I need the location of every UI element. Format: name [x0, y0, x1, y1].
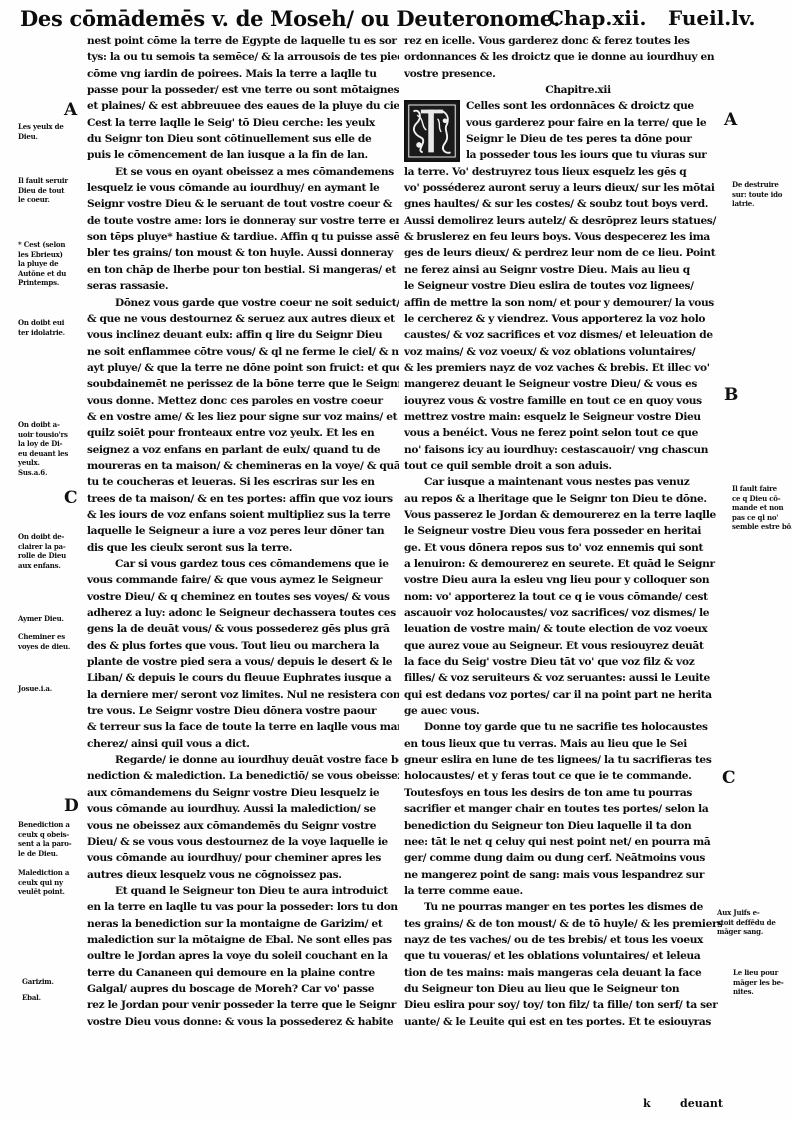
text-line: et plaines/ & est abbreuuee des eaues de… — [87, 98, 399, 114]
text-line: mettrez vostre main: esquelz le Seigneur… — [404, 409, 722, 425]
section-letter-c: C — [64, 488, 78, 508]
paragraph-start: Car iusque a maintenant vous nestes pas … — [404, 474, 722, 490]
margin-note: Il fault seruir Dieu de tout le coeur. — [18, 176, 68, 205]
text-line: quilz soiēt pour fronteaux entre voz yeu… — [87, 425, 399, 441]
text-line: de toute vostre ame: lors ie donneray su… — [87, 213, 399, 229]
text-line: tu te coucheras et leueras. Si les escri… — [87, 474, 399, 490]
margin-note: * Cest (selon les Ebrieux) la pluye de A… — [18, 240, 66, 288]
text-line: ayt pluye/ & que la terre ne dōne point … — [87, 360, 399, 376]
text-line: plante de vostre pied sera a vous/ depui… — [87, 654, 399, 670]
text-line: seras rassasie. — [87, 278, 399, 294]
text-line: tion de tes mains: mais mangeras cela de… — [404, 965, 722, 981]
margin-note: Il fault faire ce q Dieu cō- mande et no… — [732, 484, 792, 532]
section-letter-a: A — [64, 100, 77, 120]
text-line: autres dieux lesquelz vous ne cōgnoissez… — [87, 867, 399, 883]
text-line: ne ferez ainsi au Seignr vostre Dieu. Ma… — [404, 262, 722, 278]
text-line: ne mangerez point de sang: mais vous les… — [404, 867, 722, 883]
text-line: son tēps pluye* hastiue & tardiue. Affin… — [87, 229, 399, 245]
text-line: & les premiers nayz de voz vaches & breb… — [404, 360, 722, 376]
text-line: caustes/ & voz sacrifices et voz dismes/… — [404, 327, 722, 343]
folio-number: Fueil.lv. — [668, 6, 755, 30]
text-line: ascauoir voz holocaustes/ voz sacrifices… — [404, 605, 722, 621]
text-line: voz mains/ & voz voeux/ & voz oblations … — [404, 344, 722, 360]
margin-note: Benediction a ceulx q obeis- sent a la p… — [18, 820, 71, 858]
text-line: du Seigneur ton Dieu au lieu que le Seig… — [404, 981, 722, 997]
margin-note: Aux Juifs e- stoit deffēdu de māger sang… — [717, 908, 776, 937]
section-letter-c: C — [722, 768, 736, 788]
text-line: soubdainemēt ne perissez de la bōne terr… — [87, 376, 399, 392]
text-line: vous cōmande au iourdhuy/ pour cheminer … — [87, 850, 399, 866]
margin-note: Garizim. Ebal. — [22, 974, 54, 1006]
right-text-column: rez en icelle. Vous garderez donc & fere… — [404, 33, 722, 1030]
text-line: uante/ & le Leuite qui est en tes portes… — [404, 1014, 722, 1030]
text-line: en ton chāp de lherbe pour ton bestial. … — [87, 262, 399, 278]
text-line: ges de leurs dieux/ & perdrez leur nom d… — [404, 245, 722, 261]
paragraph-start: Car si vous gardez tous ces cōmandemens … — [87, 556, 399, 572]
text-line: & que ne vous destournez & seruez aux au… — [87, 311, 399, 327]
running-head: Des cōmādemēs v. de Moseh/ ou Deuteronom… — [20, 4, 780, 34]
text-line: puis le cōmencement de lan iusque a la f… — [87, 147, 399, 163]
margin-note: Le lieu pour māger les be- nites. — [733, 968, 784, 997]
left-text-column: nest point cōme la terre de Egypte de la… — [87, 33, 399, 1030]
paragraph-start: Et quand le Seigneur ton Dieu te aura in… — [87, 883, 399, 899]
text-line: que tu voueras/ et les oblations volunta… — [404, 948, 722, 964]
text-line: Dieu eslira pour soy/ toy/ ton filz/ ta … — [404, 997, 722, 1013]
text-line: la terre. Vo' destruyrez tous lieux esqu… — [404, 164, 722, 180]
decorated-initial-icon — [404, 100, 460, 162]
text-line: nest point cōme la terre de Egypte de la… — [87, 33, 399, 49]
section-letter-b: B — [724, 385, 738, 405]
text-line: & les iours de voz enfans soient multipl… — [87, 507, 399, 523]
text-line: la face du Seig' vostre Dieu tāt vo' que… — [404, 654, 722, 670]
text-line: vostre Dieu/ & q cheminez en toutes ses … — [87, 589, 399, 605]
text-line: ge auec vous. — [404, 703, 722, 719]
text-line: laquelle le Seigneur a iure a voz peres … — [87, 523, 399, 539]
text-line: gneur eslira en lune de tes lignees/ la … — [404, 752, 722, 768]
text-line: & terreur sus la face de toute la terre … — [87, 719, 399, 735]
text-line: nediction & malediction. La benedictiō/ … — [87, 768, 399, 784]
text-line: a lenuiron: & demourerez en seurete. Et … — [404, 556, 722, 572]
text-line: la derniere mer/ seront voz limites. Nul… — [87, 687, 399, 703]
chapter-heading: Chapitre.xii — [404, 82, 722, 98]
paragraph-start: Regarde/ ie donne au iourdhuy deuāt vost… — [87, 752, 399, 768]
text-line: Galgal/ aupres du boscage de Moreh? Car … — [87, 981, 399, 997]
paragraph-start: Donne toy garde que tu ne sacrifie tes h… — [404, 719, 722, 735]
text-line: vostre presence. — [404, 66, 722, 82]
text-line: ger/ comme dung daim ou dung cerf. Neātm… — [404, 850, 722, 866]
text-line: tys: la ou tu semois ta semēce/ & la arr… — [87, 49, 399, 65]
text-line: Liban/ & depuis le cours du fleuue Euphr… — [87, 670, 399, 686]
text-line: vo' posséderez auront seruy a leurs dieu… — [404, 180, 722, 196]
text-line: la terre comme eaue. — [404, 883, 722, 899]
text-line: vostre Dieu vous donne: & vous la possed… — [87, 1014, 399, 1030]
text-line: vous donne. Mettez donc ces paroles en v… — [87, 393, 399, 409]
text-line: holocaustes/ et y feras tout ce que ie t… — [404, 768, 722, 784]
text-line: vous ne obeissez aux cōmandemēs du Seign… — [87, 818, 399, 834]
text-line: leuation de vostre main/ & toute electio… — [404, 621, 722, 637]
text-line: le Seigneur vostre Dieu eslira de toutes… — [404, 278, 722, 294]
section-letter-d: D — [64, 796, 79, 816]
text-line: rez en icelle. Vous garderez donc & fere… — [404, 33, 722, 49]
text-line: moureras en ta maison/ & chemineras en l… — [87, 458, 399, 474]
text-line: affin de mettre la son nom/ et pour y de… — [404, 295, 722, 311]
margin-note: De destruire sur: toute ido latrie. — [732, 180, 782, 209]
text-line: qui est dedans voz portes/ car il na poi… — [404, 687, 722, 703]
text-line: sacrifier et manger chair en toutes tes … — [404, 801, 722, 817]
margin-note: Les yeulx de Dieu. — [18, 122, 64, 141]
text-line: trees de ta maison/ & en tes portes: aff… — [87, 491, 399, 507]
text-line: ge. Et vous dōnera repos sus to' voz enn… — [404, 540, 722, 556]
text-line: Cest la terre laqlle le Seig' tō Dieu ce… — [87, 115, 399, 131]
paragraph-start: Dōnez vous garde que vostre coeur ne soi… — [87, 295, 399, 311]
text-line: nee: tāt le net q celuy qui nest point n… — [404, 834, 722, 850]
text-line: vostre Dieu aura la esleu vng lieu pour … — [404, 572, 722, 588]
text-line: terre du Cananeen qui demoure en la plai… — [87, 965, 399, 981]
text-line: tes grains/ & de ton moust/ & de tō huyl… — [404, 916, 722, 932]
text-line: cōme vng iardin de poirees. Mais la terr… — [87, 66, 399, 82]
text-line: mangerez deuant le Seigneur vostre Dieu/… — [404, 376, 722, 392]
section-letter-a: A — [724, 110, 737, 130]
text-line: iouyrez vous & vostre famille en tout ce… — [404, 393, 722, 409]
paragraph-start: Et se vous en oyant obeissez a mes cōman… — [87, 164, 399, 180]
text-line: neras la benediction sur la montaigne de… — [87, 916, 399, 932]
text-line: le cercherez & y viendrez. Vous apporter… — [404, 311, 722, 327]
text-line: & bruslerez en feu leurs boys. Vous desp… — [404, 229, 722, 245]
text-line: que aurez voue au Seigneur. Et vous resi… — [404, 638, 722, 654]
text-line: Dieu/ & se vous vous destournez de la vo… — [87, 834, 399, 850]
text-line: malediction sur la mōtaigne de Ebal. Ne … — [87, 932, 399, 948]
text-line: passe pour la posseder/ est vne terre ou… — [87, 82, 399, 98]
text-line: Toutesfoys en tous les desirs de ton ame… — [404, 785, 722, 801]
margin-note: Josue.i.a. — [18, 684, 52, 694]
text-line: bler tes grains/ ton moust & ton huyle. … — [87, 245, 399, 261]
text-line: aux cōmandemens du Seignr vostre Dieu le… — [87, 785, 399, 801]
text-line: tout ce quil semble droit a son aduis. — [404, 458, 722, 474]
text-line: & en vostre ame/ & les liez pour signe s… — [87, 409, 399, 425]
text-line: vous inclinez deuant eulx: affin q lire … — [87, 327, 399, 343]
text-line: tre vous. Le Seignr vostre Dieu dōnera v… — [87, 703, 399, 719]
text-line: vous a benéict. Vous ne ferez point selo… — [404, 425, 722, 441]
text-line: Aussi demolirez leurs autelz/ & desrōpre… — [404, 213, 722, 229]
text-line: vous cōmande au iourdhuy. Aussi la maled… — [87, 801, 399, 817]
text-line: du Seignr ton Dieu sont cōtinuellement s… — [87, 131, 399, 147]
text-line: seignez a voz enfans en parlant de eulx/… — [87, 442, 399, 458]
text-line: le Seigneur vostre Dieu vous fera possed… — [404, 523, 722, 539]
text-line: ordonnances & les droictz que ie donne a… — [404, 49, 722, 65]
margin-note: Cheminer es voyes de dieu. — [18, 632, 70, 651]
text-line: lesquelz ie vous cōmande au iourdhuy/ en… — [87, 180, 399, 196]
margin-note: Malediction a ceulx qui ny veulēt point. — [18, 868, 69, 897]
text-line: dis que les cieulx seront sus la terre. — [87, 540, 399, 556]
text-line: nom: vo' apporterez la tout ce q ie vous… — [404, 589, 722, 605]
margin-note: On doibt eui ter idolatrie. — [18, 318, 65, 337]
text-line: cherez/ ainsi quil vous a dict. — [87, 736, 399, 752]
paragraph-start: Tu ne pourras manger en tes portes les d… — [404, 899, 722, 915]
text-line: Seignr vostre Dieu & le seruant de tout … — [87, 196, 399, 212]
text-line: vous commande faire/ & que vous aymez le… — [87, 572, 399, 588]
margin-note: On doibt de- clairer la pa- rolle de Die… — [18, 532, 66, 570]
signature-mark: k — [643, 1097, 651, 1110]
text-line: au repos & a lheritage que le Seignr ton… — [404, 491, 722, 507]
text-line: ne soit enflammee cōtre vous/ & ql ne fe… — [87, 344, 399, 360]
chapter-number: Chap.xii. — [548, 6, 646, 30]
text-line: nayz de tes vaches/ ou de tes brebis/ et… — [404, 932, 722, 948]
text-line: Vous passerez le Jordan & demourerez en … — [404, 507, 722, 523]
text-line: en la terre en laqlle tu vas pour la pos… — [87, 899, 399, 915]
text-line: adherez a luy: adonc le Seigneur dechass… — [87, 605, 399, 621]
chapter-opening: Celles sont les ordonnāces & droictz que… — [404, 98, 722, 163]
book-page: Des cōmādemēs v. de Moseh/ ou Deuteronom… — [0, 0, 792, 1122]
margin-note: Aymer Dieu. — [18, 614, 64, 624]
text-line: des & plus fortes que vous. Tout lieu ou… — [87, 638, 399, 654]
catchword: deuant — [680, 1097, 723, 1110]
margin-note: On doibt a- uoir tousio'rs la loy de Di-… — [18, 420, 68, 477]
text-line: rez le Jordan pour venir posseder la ter… — [87, 997, 399, 1013]
text-line: benediction du Seigneur ton Dieu laquell… — [404, 818, 722, 834]
text-line: filles/ & voz seruiteurs & voz seruantes… — [404, 670, 722, 686]
text-line: oultre le Jordan apres la voye du soleil… — [87, 948, 399, 964]
text-line: no' faisons icy au iourdhuy: cestascauoi… — [404, 442, 722, 458]
running-title: Des cōmādemēs v. de Moseh/ ou Deuteronom… — [20, 6, 560, 31]
text-line: en tous lieux que tu verras. Mais au lie… — [404, 736, 722, 752]
text-line: gens la de deuāt vous/ & vous possederez… — [87, 621, 399, 637]
text-line: gnes haultes/ & sur les costes/ & soubz … — [404, 196, 722, 212]
